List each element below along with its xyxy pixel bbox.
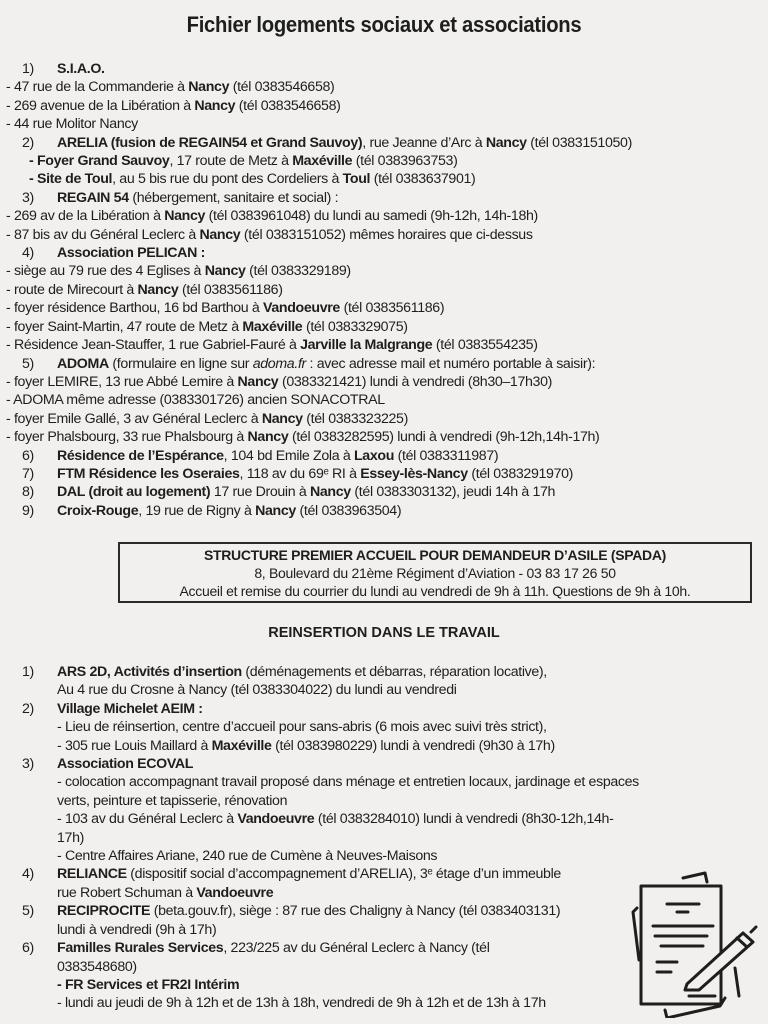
work-item: 3)Association ECOVAL bbox=[0, 755, 639, 773]
housing-item: 9)Croix-Rouge, 19 rue de Rigny à Nancy (… bbox=[0, 502, 632, 520]
page-title: Fichier logements sociaux et association… bbox=[31, 12, 738, 38]
spada-heading: STRUCTURE PREMIER ACCUEIL POUR DEMANDEUR… bbox=[120, 546, 750, 564]
work-item: 6)Familles Rurales Services, 223/225 av … bbox=[0, 939, 639, 957]
spada-address: 8, Boulevard du 21ème Régiment d’Aviatio… bbox=[120, 564, 750, 582]
item-number: 6) bbox=[22, 939, 34, 957]
item-number: 9) bbox=[22, 502, 34, 520]
bold-text: Nancy bbox=[194, 98, 235, 114]
item-name: ARELIA (fusion de REGAIN54 et Grand Sauv… bbox=[57, 135, 362, 151]
housing-item: 8)DAL (droit au logement) 17 rue Drouin … bbox=[0, 483, 632, 501]
spada-hours: Accueil et remise du courrier du lundi a… bbox=[120, 582, 750, 600]
item-number: 3) bbox=[22, 189, 34, 207]
housing-item: 2)ARELIA (fusion de REGAIN54 et Grand Sa… bbox=[0, 134, 632, 152]
item-name: Association PELICAN : bbox=[57, 245, 205, 261]
list-line: Au 4 rue du Crosne à Nancy (tél 03833040… bbox=[0, 681, 639, 699]
bold-text: Nancy bbox=[486, 135, 527, 151]
item-name: REGAIN 54 bbox=[57, 190, 129, 206]
item-name: Familles Rurales Services bbox=[57, 940, 223, 956]
bold-text: Nancy bbox=[255, 503, 296, 519]
item-name: Croix-Rouge bbox=[57, 503, 138, 519]
item-number: 1) bbox=[22, 60, 34, 78]
bold-text: Essey-lès-Nancy bbox=[360, 466, 468, 482]
list-line: - siège au 79 rue des 4 Eglises à Nancy … bbox=[0, 262, 632, 280]
bold-text: Vandoeuvre bbox=[237, 811, 314, 827]
work-list: 1)ARS 2D, Activités d’insertion (déménag… bbox=[0, 663, 639, 1013]
item-name: FTM Résidence les Oseraies bbox=[57, 466, 240, 482]
bold-text: Jarville la Malgrange bbox=[300, 337, 432, 353]
list-line: 0383548680) bbox=[0, 958, 639, 976]
item-name: Résidence de l’Espérance bbox=[57, 448, 224, 464]
housing-item: 6)Résidence de l’Espérance, 104 bd Emile… bbox=[0, 447, 632, 465]
bold-text: Maxéville bbox=[292, 153, 352, 169]
item-name: DAL (droit au logement) bbox=[57, 484, 210, 500]
list-line: - lundi au jeudi de 9h à 12h et de 13h à… bbox=[0, 994, 639, 1012]
bold-text: Nancy bbox=[248, 429, 289, 445]
list-line: - Site de Toul, au 5 bis rue du pont des… bbox=[0, 170, 632, 188]
bold-text: - Site de Toul bbox=[29, 171, 112, 187]
bold-text: Nancy bbox=[205, 263, 246, 279]
housing-item: 3)REGAIN 54 (hébergement, sanitaire et s… bbox=[0, 189, 632, 207]
list-line: verts, peinture et tapisserie, rénovatio… bbox=[0, 792, 639, 810]
list-line: - foyer Emile Gallé, 3 av Général Lecler… bbox=[0, 410, 632, 428]
document-page: Fichier logements sociaux et association… bbox=[0, 0, 768, 1024]
document-pen-icon bbox=[625, 868, 765, 1018]
list-line: - ADOMA même adresse (0383301726) ancien… bbox=[0, 391, 632, 409]
bold-text: Nancy bbox=[262, 411, 303, 427]
list-line: - colocation accompagnant travail propos… bbox=[0, 773, 639, 791]
list-line: - 269 avenue de la Libération à Nancy (t… bbox=[0, 97, 632, 115]
housing-list: 1)S.I.A.O.- 47 rue de la Commanderie à N… bbox=[0, 60, 632, 520]
list-line: - foyer résidence Barthou, 16 bd Barthou… bbox=[0, 299, 632, 317]
list-line: 17h) bbox=[0, 829, 639, 847]
work-item: 1)ARS 2D, Activités d’insertion (déménag… bbox=[0, 663, 639, 681]
item-number: 5) bbox=[22, 902, 34, 920]
bold-text: Nancy bbox=[310, 484, 351, 500]
work-section-title: REINSERTION DANS LE TRAVAIL bbox=[0, 625, 768, 641]
item-name: ADOMA bbox=[57, 356, 109, 372]
list-line: - 87 bis av du Général Leclerc à Nancy (… bbox=[0, 226, 632, 244]
bold-text: Nancy bbox=[164, 208, 205, 224]
bold-text: Maxéville bbox=[212, 738, 272, 754]
bold-text: Maxéville bbox=[242, 319, 302, 335]
housing-item: 4)Association PELICAN : bbox=[0, 244, 632, 262]
bold-text: Vandoeuvre bbox=[196, 885, 273, 901]
list-line: lundi à vendredi (9h à 17h) bbox=[0, 921, 639, 939]
list-line: - 269 av de la Libération à Nancy (tél 0… bbox=[0, 207, 632, 225]
list-line: - 305 rue Louis Maillard à Maxéville (té… bbox=[0, 737, 639, 755]
work-item: 4)RELIANCE (dispositif social d’accompag… bbox=[0, 865, 639, 883]
list-line: - Foyer Grand Sauvoy, 17 route de Metz à… bbox=[0, 152, 632, 170]
item-number: 1) bbox=[22, 663, 34, 681]
work-item: 2)Village Michelet AEIM : bbox=[0, 700, 639, 718]
list-line: - 47 rue de la Commanderie à Nancy (tél … bbox=[0, 78, 632, 96]
italic-text: adoma.fr bbox=[253, 356, 306, 372]
item-name: Village Michelet AEIM : bbox=[57, 701, 203, 717]
bold-text: - FR Services et FR2I Intérim bbox=[57, 977, 239, 993]
list-line: - 103 av du Général Leclerc à Vandoeuvre… bbox=[0, 810, 639, 828]
bold-text: Nancy bbox=[200, 227, 241, 243]
item-number: 6) bbox=[22, 447, 34, 465]
spada-box: STRUCTURE PREMIER ACCUEIL POUR DEMANDEUR… bbox=[118, 542, 752, 603]
housing-item: 1)S.I.A.O. bbox=[0, 60, 632, 78]
list-line: - foyer Saint-Martin, 47 route de Metz à… bbox=[0, 318, 632, 336]
item-name: RELIANCE bbox=[57, 866, 127, 882]
list-line: - foyer LEMIRE, 13 rue Abbé Lemire à Nan… bbox=[0, 373, 632, 391]
list-line: - Résidence Jean-Stauffer, 1 rue Gabriel… bbox=[0, 336, 632, 354]
list-line: - 44 rue Molitor Nancy bbox=[0, 115, 632, 133]
item-name: ARS 2D, Activités d’insertion bbox=[57, 664, 242, 680]
bold-text: Nancy bbox=[238, 374, 279, 390]
list-line: - Centre Affaires Ariane, 240 rue de Cum… bbox=[0, 847, 639, 865]
list-line: - foyer Phalsbourg, 33 rue Phalsbourg à … bbox=[0, 428, 632, 446]
bold-text: Laxou bbox=[354, 448, 394, 464]
item-number: 8) bbox=[22, 483, 34, 501]
housing-item: 7)FTM Résidence les Oseraies, 118 av du … bbox=[0, 465, 632, 483]
bold-text: - Foyer Grand Sauvoy bbox=[29, 153, 169, 169]
list-line: rue Robert Schuman à Vandoeuvre bbox=[0, 884, 639, 902]
item-number: 4) bbox=[22, 244, 34, 262]
item-name: RECIPROCITE bbox=[57, 903, 150, 919]
bold-text: Nancy bbox=[188, 79, 229, 95]
item-number: 4) bbox=[22, 865, 34, 883]
item-number: 7) bbox=[22, 465, 34, 483]
work-item: 5)RECIPROCITE (beta.gouv.fr), siège : 87… bbox=[0, 902, 639, 920]
item-name: S.I.A.O. bbox=[57, 61, 105, 77]
item-number: 2) bbox=[22, 700, 34, 718]
bold-text: Vandoeuvre bbox=[263, 300, 340, 316]
bold-text: Nancy bbox=[138, 282, 179, 298]
item-number: 5) bbox=[22, 355, 34, 373]
item-number: 3) bbox=[22, 755, 34, 773]
item-name: Association ECOVAL bbox=[57, 756, 193, 772]
list-line: - route de Mirecourt à Nancy (tél 038356… bbox=[0, 281, 632, 299]
list-line: - FR Services et FR2I Intérim bbox=[0, 976, 639, 994]
list-line: - Lieu de réinsertion, centre d’accueil … bbox=[0, 718, 639, 736]
housing-item: 5)ADOMA (formulaire en ligne sur adoma.f… bbox=[0, 355, 632, 373]
bold-text: Toul bbox=[343, 171, 371, 187]
item-number: 2) bbox=[22, 134, 34, 152]
